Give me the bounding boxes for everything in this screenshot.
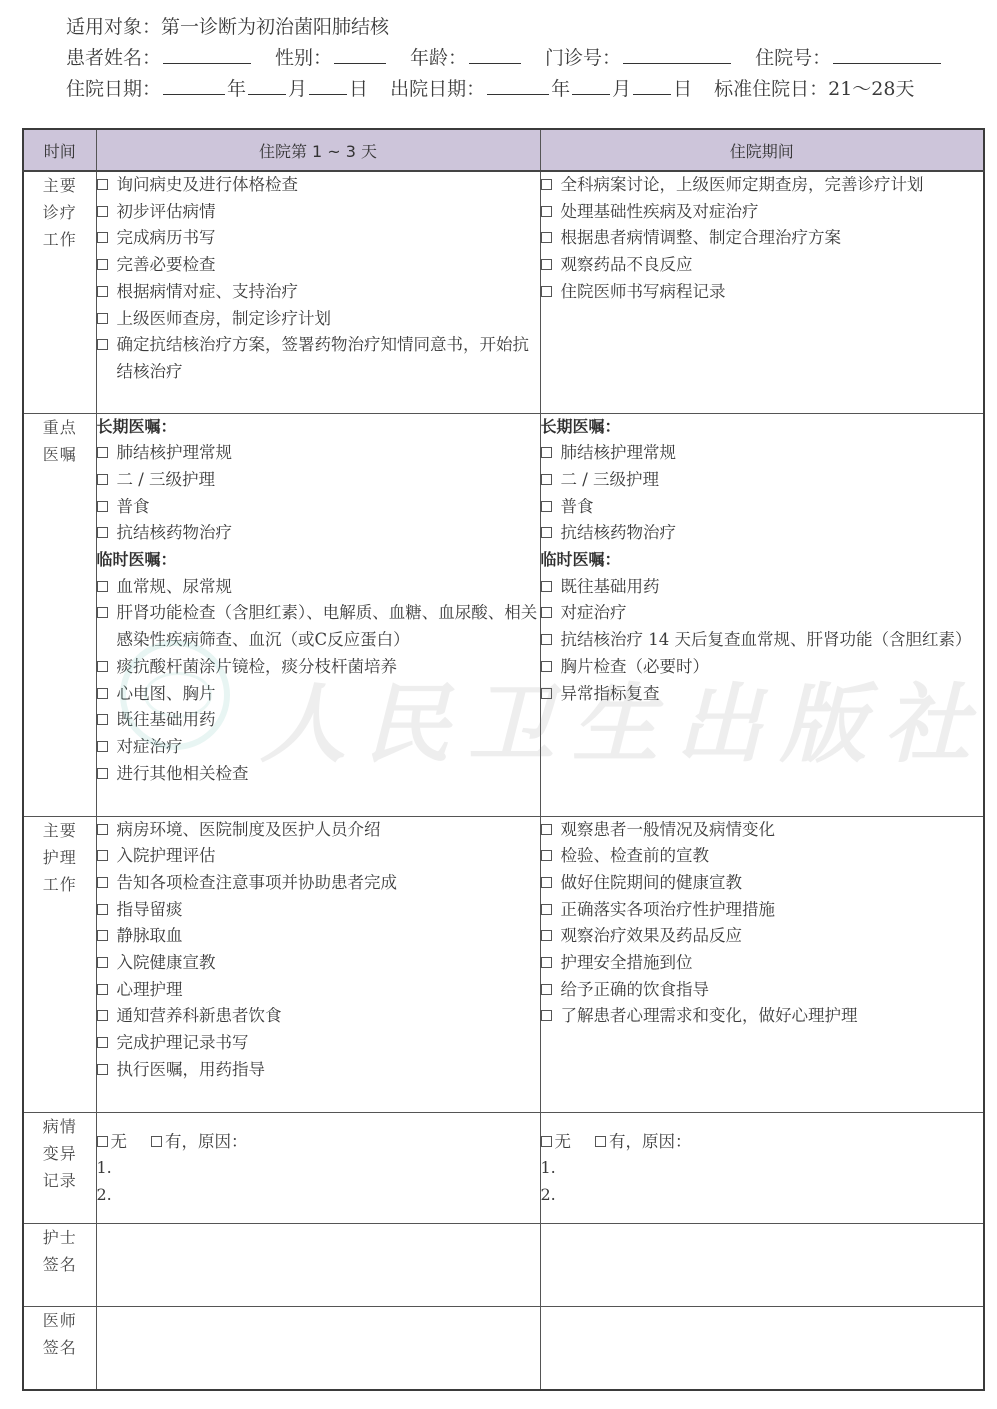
checklist-item[interactable]: 普食 bbox=[97, 494, 540, 521]
checklist-item[interactable]: 痰抗酸杆菌涂片镜检，痰分枝杆菌培养 bbox=[97, 654, 540, 681]
checklist-item[interactable]: 根据病情对症、支持治疗 bbox=[97, 279, 540, 306]
checkbox[interactable] bbox=[541, 206, 552, 217]
column-header-time: 时间 bbox=[23, 129, 96, 171]
checkbox[interactable] bbox=[541, 850, 552, 861]
checklist-item[interactable]: 完成病历书写 bbox=[97, 225, 540, 252]
checklist-item[interactable]: 病房环境、医院制度及医护人员介绍 bbox=[97, 817, 540, 844]
variance-options: 无 有，原因： bbox=[541, 1129, 984, 1156]
checklist-item[interactable]: 入院护理评估 bbox=[97, 843, 540, 870]
checklist-item[interactable]: 观察患者一般情况及病情变化 bbox=[541, 817, 984, 844]
age-field[interactable]: 年龄： bbox=[410, 43, 523, 74]
gender-blank[interactable] bbox=[334, 45, 386, 64]
checklist-item[interactable]: 根据患者病情调整、制定合理治疗方案 bbox=[541, 225, 984, 252]
checklist-item[interactable]: 对症治疗 bbox=[97, 734, 540, 761]
column-header-hospitalization: 住院期间 bbox=[540, 129, 984, 171]
long-term-orders-title: 长期医嘱： bbox=[97, 414, 540, 441]
checklist-item[interactable]: 既往基础用药 bbox=[541, 574, 984, 601]
patient-name-field[interactable]: 患者姓名： bbox=[66, 43, 253, 74]
checkbox[interactable] bbox=[151, 1136, 162, 1147]
row-label: 主要护理工作 bbox=[23, 816, 96, 1112]
checklist-item[interactable]: 血常规、尿常规 bbox=[97, 574, 540, 601]
checkbox[interactable] bbox=[97, 581, 108, 592]
clinical-pathway-table: 时间 住院第 1 ~ 3 天 住院期间 主要诊疗工作 询问病史及进行体格检查 初… bbox=[22, 128, 985, 1391]
checklist-item[interactable]: 护理安全措施到位 bbox=[541, 950, 984, 977]
column-header-day1-3: 住院第 1 ~ 3 天 bbox=[96, 129, 540, 171]
cell-day1-3: 病房环境、医院制度及医护人员介绍 入院护理评估 告知各项检查注意事项并协助患者完… bbox=[96, 816, 540, 1112]
checkbox[interactable] bbox=[541, 607, 552, 618]
variance-none-option[interactable]: 无 bbox=[97, 1129, 128, 1156]
applicable-text: 适用对象：第一诊断为初治菌阳肺结核 bbox=[66, 12, 389, 43]
applicable-line: 适用对象：第一诊断为初治菌阳肺结核 bbox=[66, 12, 986, 43]
checkbox[interactable] bbox=[97, 688, 108, 699]
cell-hospitalization: 无 有，原因： 1. 2. bbox=[540, 1112, 984, 1223]
checkbox[interactable] bbox=[97, 313, 108, 324]
checklist-item[interactable]: 抗结核治疗 14 天后复查血常规、肝肾功能（含胆红素） bbox=[541, 627, 984, 654]
checklist-item[interactable]: 抗结核药物治疗 bbox=[97, 520, 540, 547]
checkbox[interactable] bbox=[97, 741, 108, 752]
checkbox[interactable] bbox=[541, 1010, 552, 1021]
row-label: 重点医嘱 bbox=[23, 413, 96, 816]
standard-stay: 标准住院日：21～28天 bbox=[714, 74, 914, 105]
checklist-item[interactable]: 肺结核护理常规 bbox=[541, 440, 984, 467]
variance-reason-2[interactable]: 2. bbox=[97, 1182, 540, 1209]
checkbox[interactable] bbox=[97, 904, 108, 915]
row-label: 医师签名 bbox=[23, 1306, 96, 1390]
patient-name-blank[interactable] bbox=[163, 45, 251, 64]
checklist-item[interactable]: 初步评估病情 bbox=[97, 199, 540, 226]
cell-day1-3: 长期医嘱： 肺结核护理常规 二 / 三级护理 普食 抗结核药物治疗 临时医嘱： … bbox=[96, 413, 540, 816]
checkbox[interactable] bbox=[541, 474, 552, 485]
form-header: 适用对象：第一诊断为初治菌阳肺结核 患者姓名： 性别： 年龄： 门诊号： 住院号… bbox=[66, 12, 986, 105]
checklist-item[interactable]: 二 / 三级护理 bbox=[541, 467, 984, 494]
checkbox[interactable] bbox=[541, 259, 552, 270]
checklist-item[interactable]: 进行其他相关检查 bbox=[97, 761, 540, 788]
checklist-item[interactable]: 执行医嘱，用药指导 bbox=[97, 1057, 540, 1084]
checklist-item[interactable]: 给予正确的饮食指导 bbox=[541, 977, 984, 1004]
variance-reason-1[interactable]: 1. bbox=[541, 1155, 984, 1182]
checklist-item[interactable]: 上级医师查房，制定诊疗计划 bbox=[97, 306, 540, 333]
checkbox[interactable] bbox=[541, 930, 552, 941]
long-term-orders-title: 长期医嘱： bbox=[541, 414, 984, 441]
checklist-item[interactable]: 做好住院期间的健康宣教 bbox=[541, 870, 984, 897]
admit-day-blank[interactable] bbox=[309, 76, 347, 95]
checklist-item[interactable]: 观察治疗效果及药品反应 bbox=[541, 923, 984, 950]
table-header-row: 时间 住院第 1 ~ 3 天 住院期间 bbox=[23, 129, 984, 171]
checkbox[interactable] bbox=[541, 957, 552, 968]
checkbox[interactable] bbox=[97, 501, 108, 512]
checkbox[interactable] bbox=[97, 527, 108, 538]
row-label: 护士签名 bbox=[23, 1223, 96, 1306]
checkbox[interactable] bbox=[97, 714, 108, 725]
checkbox[interactable] bbox=[97, 179, 108, 190]
cell-hospitalization: 长期医嘱： 肺结核护理常规 二 / 三级护理 普食 抗结核药物治疗 临时医嘱： … bbox=[540, 413, 984, 816]
checkbox[interactable] bbox=[541, 447, 552, 458]
checklist-item[interactable]: 指导留痰 bbox=[97, 897, 540, 924]
variance-yes-option[interactable]: 有，原因： bbox=[151, 1129, 248, 1156]
checklist-item[interactable]: 肝肾功能检查（含胆红素）、电解质、血糖、血尿酸、相关感染性疾病筛查、血沉（或C反… bbox=[97, 600, 540, 653]
checkbox[interactable] bbox=[97, 661, 108, 672]
variance-yes-option[interactable]: 有，原因： bbox=[595, 1129, 692, 1156]
checklist-item[interactable]: 对症治疗 bbox=[541, 600, 984, 627]
checklist-item[interactable]: 确定抗结核治疗方案，签署药物治疗知情同意书，开始抗结核治疗 bbox=[97, 332, 540, 385]
checkbox[interactable] bbox=[595, 1136, 606, 1147]
variance-reason-2[interactable]: 2. bbox=[541, 1182, 984, 1209]
checkbox[interactable] bbox=[541, 581, 552, 592]
table-row-doctor-signature: 医师签名 bbox=[23, 1306, 984, 1390]
checkbox[interactable] bbox=[541, 286, 552, 297]
checkbox[interactable] bbox=[97, 1136, 108, 1147]
checkbox[interactable] bbox=[97, 474, 108, 485]
row-label: 主要诊疗工作 bbox=[23, 171, 96, 413]
age-blank[interactable] bbox=[469, 45, 521, 64]
checklist-item[interactable]: 入院健康宣教 bbox=[97, 950, 540, 977]
checklist-item[interactable]: 静脉取血 bbox=[97, 923, 540, 950]
checkbox[interactable] bbox=[541, 232, 552, 243]
checkbox[interactable] bbox=[97, 768, 108, 779]
table-row-main-nursing-work: 主要护理工作 病房环境、医院制度及医护人员介绍 入院护理评估 告知各项检查注意事… bbox=[23, 816, 984, 1112]
checklist-item[interactable]: 抗结核药物治疗 bbox=[541, 520, 984, 547]
checklist-item[interactable]: 全科病案讨论，上级医师定期查房，完善诊疗计划 bbox=[541, 172, 984, 199]
admit-year-blank[interactable] bbox=[163, 76, 225, 95]
table-row-key-orders: 重点医嘱 长期医嘱： 肺结核护理常规 二 / 三级护理 普食 抗结核药物治疗 临… bbox=[23, 413, 984, 816]
checklist-item[interactable]: 既往基础用药 bbox=[97, 707, 540, 734]
checkbox[interactable] bbox=[97, 339, 108, 350]
checklist-item[interactable]: 住院医师书写病程记录 bbox=[541, 279, 984, 306]
checkbox[interactable] bbox=[541, 877, 552, 888]
checkbox[interactable] bbox=[541, 661, 552, 672]
dates-line: 住院日期： 年 月 日 出院日期： 年 月 日 标准住院日：21～28天 bbox=[66, 74, 986, 105]
cell-hospitalization: 全科病案讨论，上级医师定期查房，完善诊疗计划 处理基础性疾病及对症治疗 根据患者… bbox=[540, 171, 984, 413]
checklist-item[interactable]: 检验、检查前的宣教 bbox=[541, 843, 984, 870]
checkbox[interactable] bbox=[97, 607, 108, 618]
checklist-item[interactable]: 告知各项检查注意事项并协助患者完成 bbox=[97, 870, 540, 897]
checkbox[interactable] bbox=[97, 850, 108, 861]
outpatient-no-field[interactable]: 门诊号： bbox=[545, 43, 733, 74]
discharge-day-blank[interactable] bbox=[633, 76, 671, 95]
checklist-item[interactable]: 完善必要检查 bbox=[97, 252, 540, 279]
checklist-item[interactable]: 通知营养科新患者饮食 bbox=[97, 1003, 540, 1030]
gender-field[interactable]: 性别： bbox=[275, 43, 388, 74]
checkbox[interactable] bbox=[541, 501, 552, 512]
checkbox[interactable] bbox=[541, 527, 552, 538]
checkbox[interactable] bbox=[97, 447, 108, 458]
checkbox[interactable] bbox=[541, 1136, 552, 1147]
checklist-item[interactable]: 完成护理记录书写 bbox=[97, 1030, 540, 1057]
checklist-item[interactable]: 处理基础性疾病及对症治疗 bbox=[541, 199, 984, 226]
cell-day1-3: 询问病史及进行体格检查 初步评估病情 完成病历书写 完善必要检查 根据病情对症、… bbox=[96, 171, 540, 413]
checkbox[interactable] bbox=[97, 984, 108, 995]
checkbox[interactable] bbox=[97, 824, 108, 835]
variance-none-option[interactable]: 无 bbox=[541, 1129, 572, 1156]
inpatient-no-field[interactable]: 住院号： bbox=[755, 43, 943, 74]
checkbox[interactable] bbox=[97, 1037, 108, 1048]
checklist-item[interactable]: 心理护理 bbox=[97, 977, 540, 1004]
checkbox[interactable] bbox=[541, 634, 552, 645]
checklist-item[interactable]: 正确落实各项治疗性护理措施 bbox=[541, 897, 984, 924]
checklist-item[interactable]: 了解患者心理需求和变化，做好心理护理 bbox=[541, 1003, 984, 1030]
discharge-month-blank[interactable] bbox=[572, 76, 610, 95]
cell-hospitalization: 观察患者一般情况及病情变化 检验、检查前的宣教 做好住院期间的健康宣教 正确落实… bbox=[540, 816, 984, 1112]
table-row-nurse-signature: 护士签名 bbox=[23, 1223, 984, 1306]
admit-month-blank[interactable] bbox=[248, 76, 286, 95]
checkbox[interactable] bbox=[97, 232, 108, 243]
cell-day1-3: 无 有，原因： 1. 2. bbox=[96, 1112, 540, 1223]
checkbox[interactable] bbox=[541, 824, 552, 835]
checkbox[interactable] bbox=[541, 904, 552, 915]
variance-options: 无 有，原因： bbox=[97, 1129, 540, 1156]
checklist-item[interactable]: 异常指标复查 bbox=[541, 681, 984, 708]
nurse-signature-day1-3[interactable] bbox=[96, 1223, 540, 1306]
table-row-variance-record: 病情变异记录 无 有，原因： 1. 2. 无 有，原因： 1. 2. bbox=[23, 1112, 984, 1223]
checkbox[interactable] bbox=[97, 957, 108, 968]
checkbox[interactable] bbox=[541, 179, 552, 190]
checkbox[interactable] bbox=[97, 259, 108, 270]
checkbox[interactable] bbox=[541, 688, 552, 699]
checkbox[interactable] bbox=[541, 984, 552, 995]
checklist-item[interactable]: 普食 bbox=[541, 494, 984, 521]
checkbox[interactable] bbox=[97, 877, 108, 888]
checkbox[interactable] bbox=[97, 206, 108, 217]
admission-date-field[interactable]: 住院日期： 年 月 日 bbox=[66, 74, 368, 105]
inpatient-no-blank[interactable] bbox=[833, 45, 941, 64]
table-row-main-diagnosis-work: 主要诊疗工作 询问病史及进行体格检查 初步评估病情 完成病历书写 完善必要检查 … bbox=[23, 171, 984, 413]
checklist-item[interactable]: 胸片检查（必要时） bbox=[541, 654, 984, 681]
checkbox[interactable] bbox=[97, 930, 108, 941]
variance-reason-1[interactable]: 1. bbox=[97, 1155, 540, 1182]
checklist-item[interactable]: 观察药品不良反应 bbox=[541, 252, 984, 279]
checklist-item[interactable]: 肺结核护理常规 bbox=[97, 440, 540, 467]
checkbox[interactable] bbox=[97, 1010, 108, 1021]
discharge-date-field[interactable]: 出院日期： 年 月 日 bbox=[390, 74, 692, 105]
outpatient-no-blank[interactable] bbox=[623, 45, 731, 64]
temporary-orders-title: 临时医嘱： bbox=[541, 547, 984, 574]
doctor-signature-hospitalization[interactable] bbox=[540, 1306, 984, 1390]
doctor-signature-day1-3[interactable] bbox=[96, 1306, 540, 1390]
nurse-signature-hospitalization[interactable] bbox=[540, 1223, 984, 1306]
temporary-orders-title: 临时医嘱： bbox=[97, 547, 540, 574]
checklist-item[interactable]: 二 / 三级护理 bbox=[97, 467, 540, 494]
discharge-year-blank[interactable] bbox=[487, 76, 549, 95]
row-label: 病情变异记录 bbox=[23, 1112, 96, 1223]
checkbox[interactable] bbox=[97, 1064, 108, 1075]
checkbox[interactable] bbox=[97, 286, 108, 297]
checklist-item[interactable]: 心电图、胸片 bbox=[97, 681, 540, 708]
patient-info-line: 患者姓名： 性别： 年龄： 门诊号： 住院号： bbox=[66, 43, 986, 74]
checklist-item[interactable]: 询问病史及进行体格检查 bbox=[97, 172, 540, 199]
